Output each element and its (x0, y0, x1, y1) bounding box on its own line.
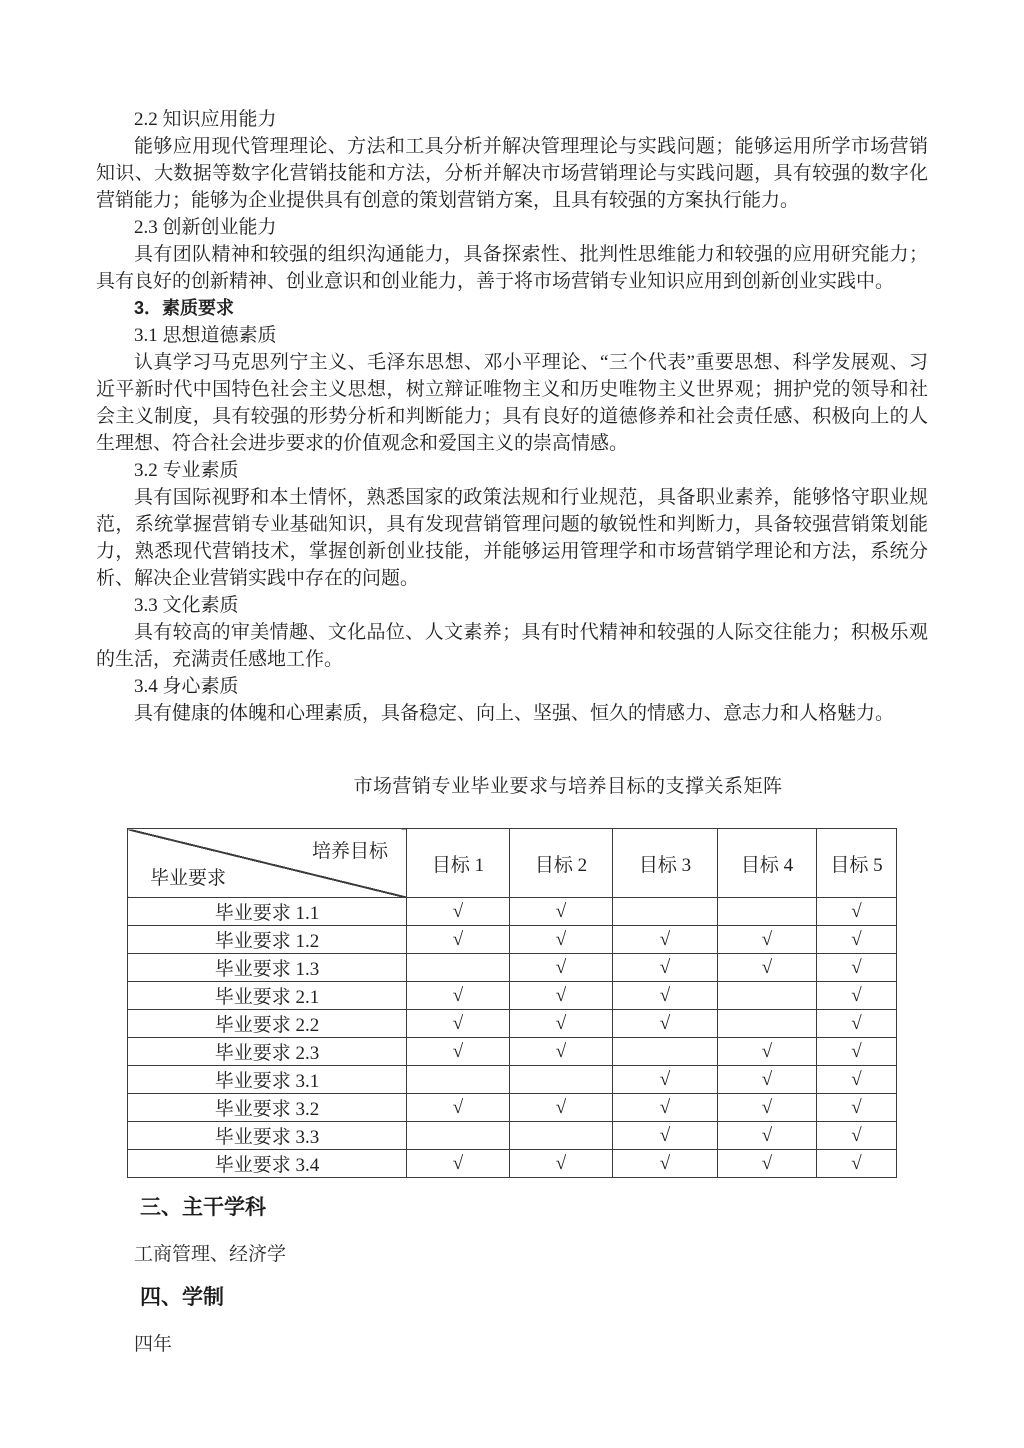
row-label: 毕业要求 3.2 (128, 1094, 407, 1122)
row-label: 毕业要求 2.1 (128, 982, 407, 1010)
check-cell: √ (407, 1010, 510, 1038)
check-cell: √ (510, 1038, 613, 1066)
row-label: 毕业要求 2.3 (128, 1038, 407, 1066)
paragraph-3-1: 认真学习马克思列宁主义、毛泽东思想、邓小平理论、“三个代表”重要思想、科学发展观… (96, 349, 928, 457)
table-row: 毕业要求 1.2 √ √ √ √ √ (128, 926, 897, 954)
check-cell: √ (613, 1010, 718, 1038)
check-cell (718, 898, 817, 926)
check-cell: √ (510, 982, 613, 1010)
matrix-title: 市场营销专业毕业要求与培养目标的支撑关系矩阵 (96, 771, 928, 798)
check-cell: √ (817, 926, 897, 954)
check-cell: √ (817, 1066, 897, 1094)
paragraph-3-4: 具有健康的体魄和心理素质，具备稳定、向上、坚强、恒久的情感力、意志力和人格魅力。 (96, 700, 928, 727)
check-cell: √ (817, 982, 897, 1010)
column-header-goal-3: 目标 3 (613, 829, 718, 898)
support-matrix-table: 培养目标 毕业要求 目标 1 目标 2 目标 3 目标 4 目标 5 毕业要求 … (127, 828, 897, 1178)
check-cell (718, 1010, 817, 1038)
check-cell: √ (510, 1094, 613, 1122)
check-cell: √ (613, 1066, 718, 1094)
table-row: 毕业要求 3.1 √ √ √ (128, 1066, 897, 1094)
check-cell (510, 1066, 613, 1094)
check-cell: √ (407, 1038, 510, 1066)
diagonal-bottom-label: 毕业要求 (150, 863, 226, 890)
document-page: 2.2 知识应用能力 能够应用现代管理理论、方法和工具分析并解决管理理论与实践问… (0, 0, 1024, 1448)
subsection-heading-3-2: 3.2 专业素质 (96, 457, 928, 484)
row-label: 毕业要求 1.3 (128, 954, 407, 982)
check-cell: √ (718, 1122, 817, 1150)
paragraph-3-3: 具有较高的审美情趣、文化品位、人文素养；具有时代精神和较强的人际交往能力；积极乐… (96, 619, 928, 673)
section-heading-study-duration: 四、学制 (96, 1284, 928, 1312)
row-label: 毕业要求 2.2 (128, 1010, 407, 1038)
check-cell (613, 898, 718, 926)
check-cell: √ (510, 1010, 613, 1038)
check-cell: √ (718, 1066, 817, 1094)
check-cell: √ (718, 926, 817, 954)
column-header-goal-1: 目标 1 (407, 829, 510, 898)
row-label: 毕业要求 3.1 (128, 1066, 407, 1094)
check-cell: √ (510, 926, 613, 954)
check-cell (718, 982, 817, 1010)
check-cell: √ (817, 898, 897, 926)
check-cell: √ (718, 1150, 817, 1178)
check-cell (510, 1122, 613, 1150)
table-row: 毕业要求 1.1 √ √ √ (128, 898, 897, 926)
table-row: 毕业要求 3.3 √ √ √ (128, 1122, 897, 1150)
check-cell: √ (613, 954, 718, 982)
table-row: 毕业要求 3.2 √ √ √ √ √ (128, 1094, 897, 1122)
paragraph-2-2: 能够应用现代管理理论、方法和工具分析并解决管理理论与实践问题；能够运用所学市场营… (96, 133, 928, 214)
paragraph-3-2: 具有国际视野和本土情怀，熟悉国家的政策法规和行业规范，具备职业素养，能够恪守职业… (96, 484, 928, 592)
check-cell (407, 1122, 510, 1150)
check-cell: √ (407, 1094, 510, 1122)
check-cell: √ (407, 926, 510, 954)
column-header-goal-2: 目标 2 (510, 829, 613, 898)
check-cell: √ (407, 1150, 510, 1178)
check-cell: √ (510, 954, 613, 982)
table-row: 毕业要求 1.3 √ √ √ √ (128, 954, 897, 982)
check-cell: √ (613, 1094, 718, 1122)
main-disciplines-text: 工商管理、经济学 (96, 1242, 928, 1268)
table-row: 毕业要求 2.3 √ √ √ √ (128, 1038, 897, 1066)
check-cell: √ (817, 1038, 897, 1066)
row-label: 毕业要求 1.2 (128, 926, 407, 954)
check-cell: √ (613, 982, 718, 1010)
diagonal-header-cell: 培养目标 毕业要求 (128, 829, 407, 898)
check-cell: √ (407, 982, 510, 1010)
row-label: 毕业要求 3.4 (128, 1150, 407, 1178)
check-cell: √ (817, 1122, 897, 1150)
column-header-goal-4: 目标 4 (718, 829, 817, 898)
check-cell: √ (613, 926, 718, 954)
column-header-goal-5: 目标 5 (817, 829, 897, 898)
paragraph-2-3: 具有团队精神和较强的组织沟通能力，具备探索性、批判性思维能力和较强的应用研究能力… (96, 241, 928, 295)
check-cell: √ (613, 1122, 718, 1150)
row-label: 毕业要求 1.1 (128, 898, 407, 926)
section-heading-main-disciplines: 三、主干学科 (96, 1194, 928, 1222)
diagonal-top-label: 培养目标 (312, 836, 388, 863)
check-cell: √ (407, 898, 510, 926)
table-row: 毕业要求 2.1 √ √ √ √ (128, 982, 897, 1010)
section-heading-3: 3．素质要求 (96, 295, 928, 322)
check-cell: √ (718, 1038, 817, 1066)
subsection-heading-2-3: 2.3 创新创业能力 (96, 214, 928, 241)
row-label: 毕业要求 3.3 (128, 1122, 407, 1150)
body-text-block: 2.2 知识应用能力 能够应用现代管理理论、方法和工具分析并解决管理理论与实践问… (96, 106, 928, 727)
check-cell: √ (718, 954, 817, 982)
table-row: 毕业要求 3.4 √ √ √ √ √ (128, 1150, 897, 1178)
check-cell: √ (718, 1094, 817, 1122)
check-cell: √ (817, 1094, 897, 1122)
table-row: 毕业要求 2.2 √ √ √ √ (128, 1010, 897, 1038)
check-cell (613, 1038, 718, 1066)
check-cell: √ (510, 898, 613, 926)
check-cell: √ (817, 1010, 897, 1038)
subsection-heading-3-1: 3.1 思想道德素质 (96, 322, 928, 349)
check-cell (407, 1066, 510, 1094)
subsection-heading-3-3: 3.3 文化素质 (96, 592, 928, 619)
check-cell: √ (613, 1150, 718, 1178)
check-cell (407, 954, 510, 982)
subsection-heading-2-2: 2.2 知识应用能力 (96, 106, 928, 133)
check-cell: √ (510, 1150, 613, 1178)
study-duration-text: 四年 (96, 1332, 928, 1358)
subsection-heading-3-4: 3.4 身心素质 (96, 673, 928, 700)
check-cell: √ (817, 1150, 897, 1178)
check-cell: √ (817, 954, 897, 982)
matrix-header-row: 培养目标 毕业要求 目标 1 目标 2 目标 3 目标 4 目标 5 (128, 829, 897, 898)
